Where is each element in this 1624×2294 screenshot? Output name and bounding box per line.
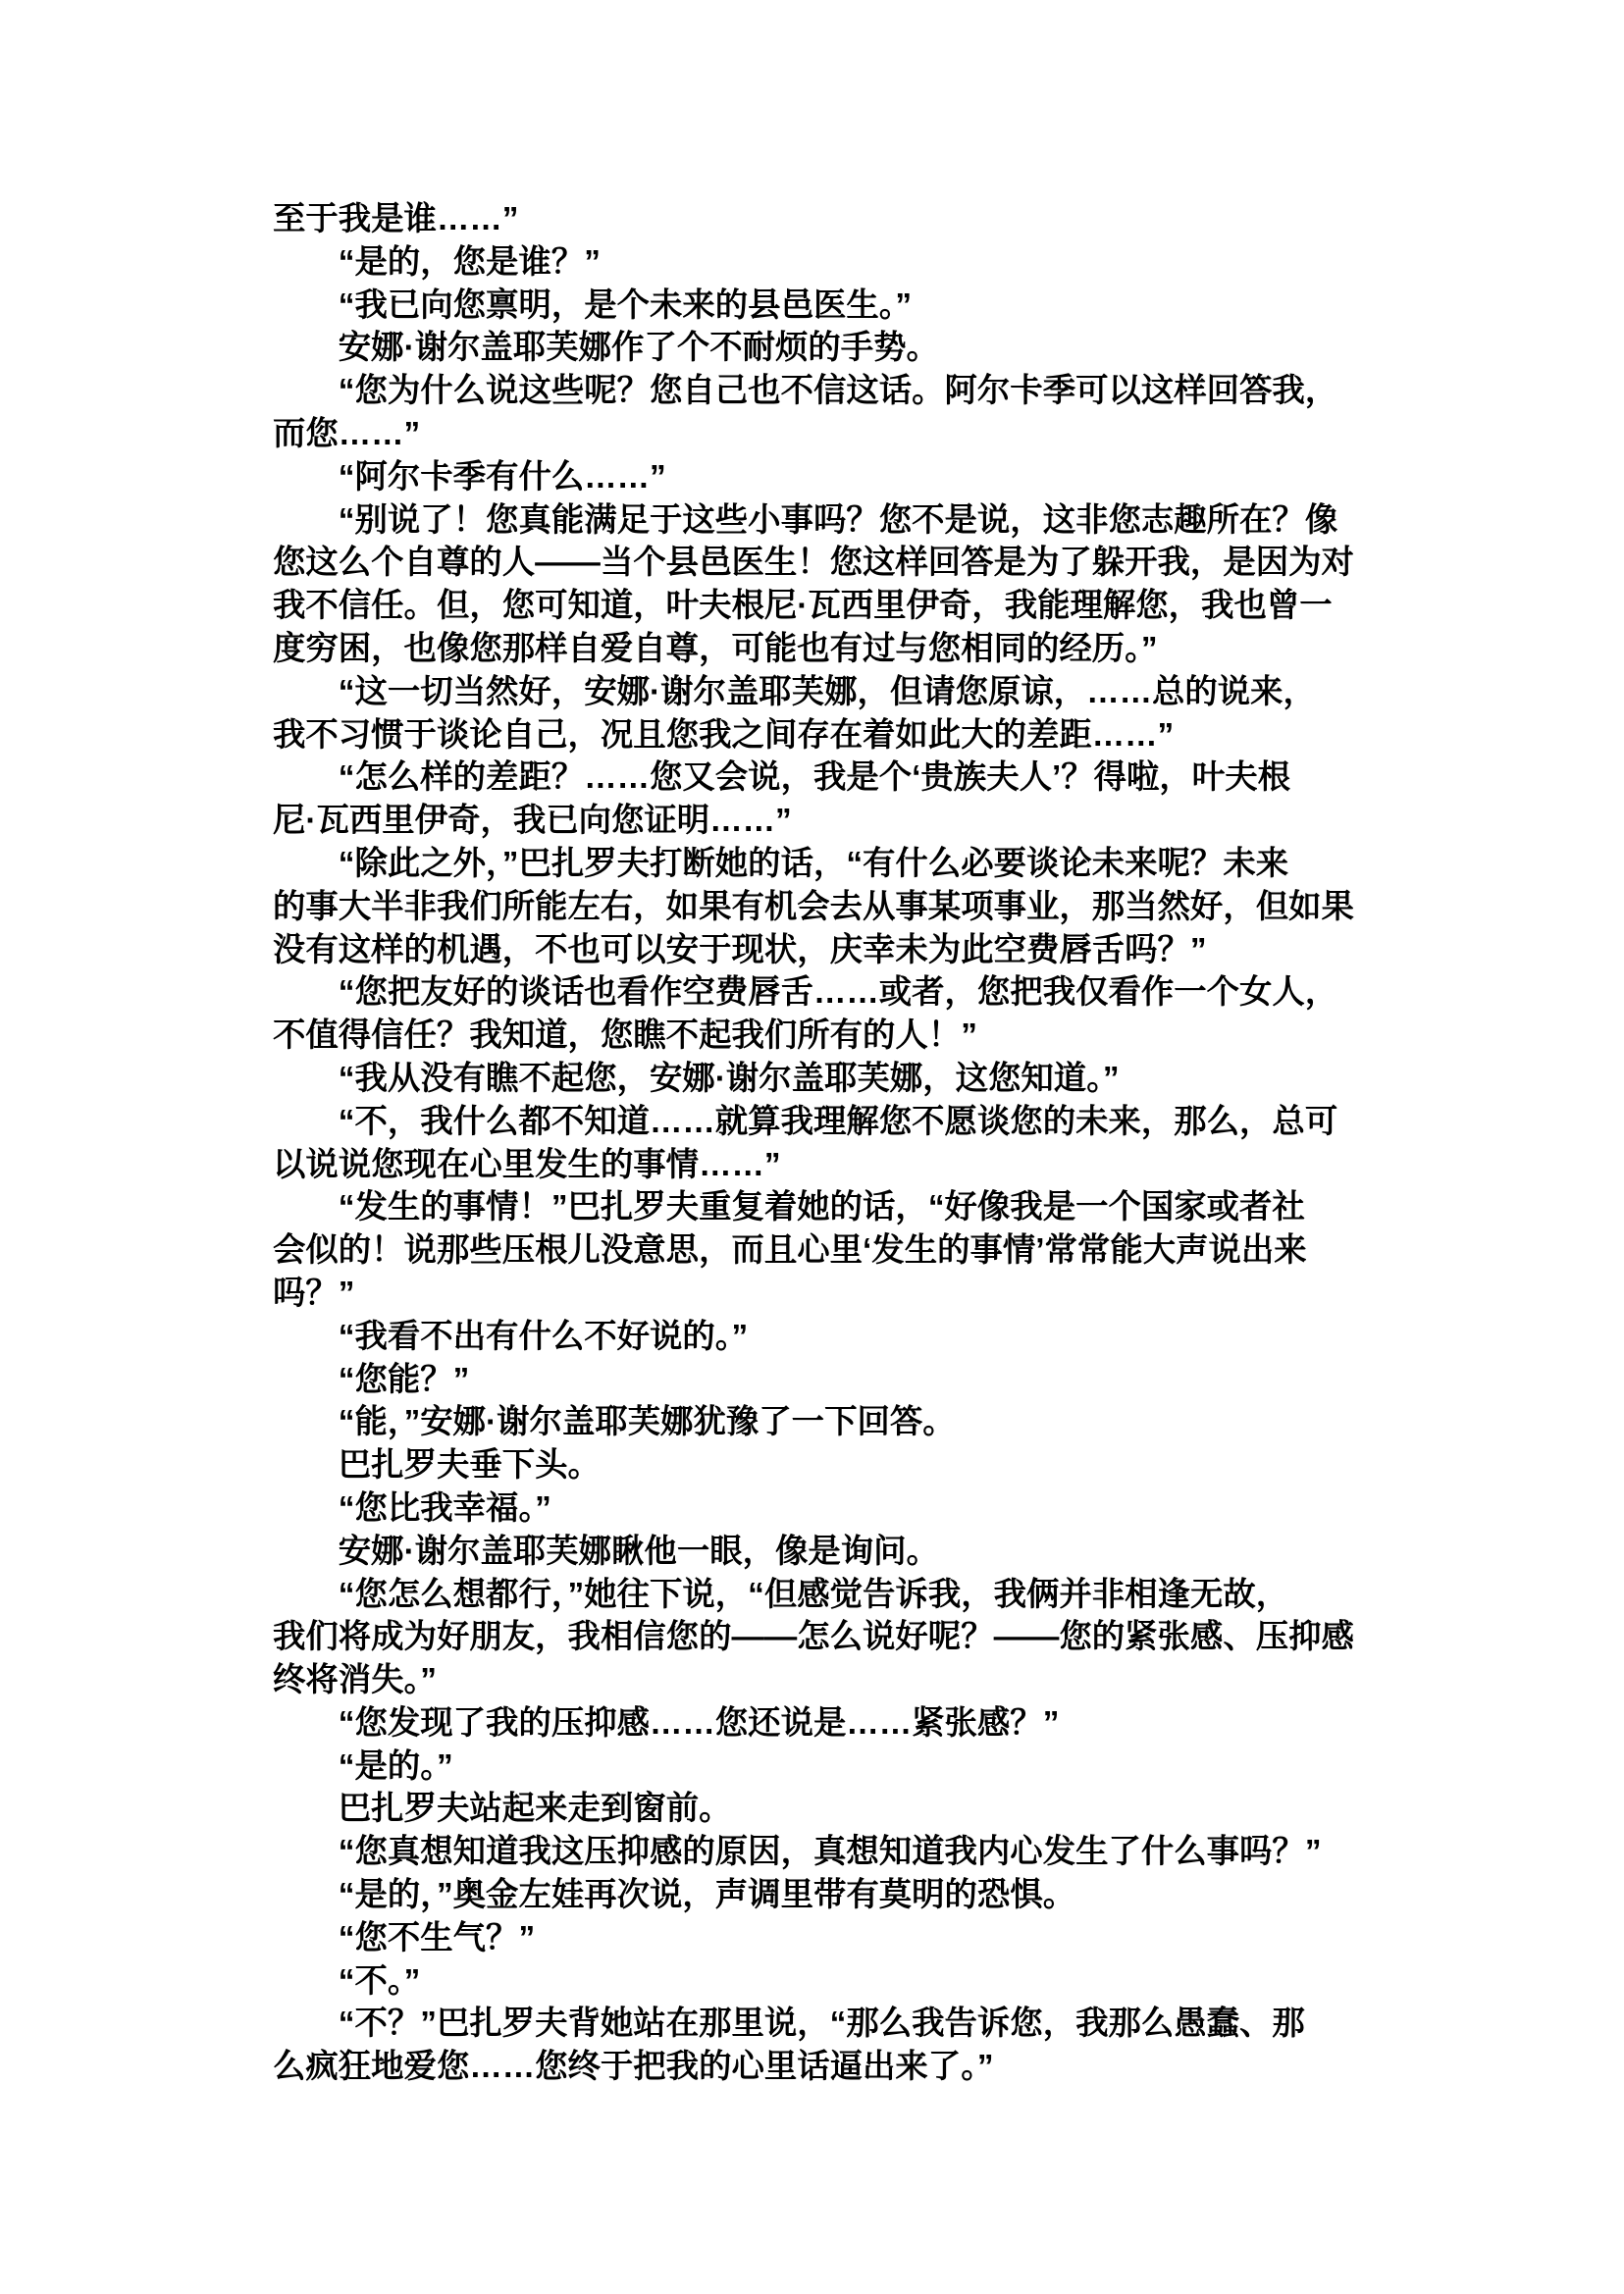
body-text: 至于我是谁……”“是的，您是谁？”“我已向您禀明，是个未来的县邑医生。”安娜·谢… <box>273 198 1356 2089</box>
text-line: “除此之外，”巴扎罗夫打断她的话，“有什么必要谈论未来呢？未来 <box>273 843 1356 886</box>
text-line: 尼·瓦西里伊奇，我已向您证明……” <box>273 800 1356 843</box>
text-line: “是的，”奥金左娃再次说，声调里带有莫明的恐惧。 <box>273 1874 1356 1917</box>
text-line: 度穷困，也像您那样自爱自尊，可能也有过与您相同的经历。” <box>273 628 1356 671</box>
text-line: 安娜·谢尔盖耶芙娜作了个不耐烦的手势。 <box>273 327 1356 370</box>
text-line: 巴扎罗夫垂下头。 <box>273 1444 1356 1487</box>
text-line: “这一切当然好，安娜·谢尔盖耶芙娜，但请您原谅，……总的说来， <box>273 671 1356 714</box>
text-line: 会似的！说那些压根儿没意思，而且心里‘发生的事情’常常能大声说出来 <box>273 1229 1356 1273</box>
text-line: “不？”巴扎罗夫背她站在那里说，“那么我告诉您，我那么愚蠢、那 <box>273 2003 1356 2046</box>
text-line: 终将消失。” <box>273 1659 1356 1702</box>
text-line: 我不信任。但，您可知道，叶夫根尼·瓦西里伊奇，我能理解您，我也曾一 <box>273 585 1356 628</box>
text-line: 的事大半非我们所能左右，如果有机会去从事某项事业，那当然好，但如果 <box>273 886 1356 929</box>
text-line: 吗？” <box>273 1273 1356 1316</box>
text-line: “能，”安娜·谢尔盖耶芙娜犹豫了一下回答。 <box>273 1401 1356 1444</box>
text-line: “您真想知道我这压抑感的原因，真想知道我内心发生了什么事吗？” <box>273 1831 1356 1874</box>
text-line: 您这么个自尊的人——当个县邑医生！您这样回答是为了躲开我，是因为对 <box>273 542 1356 585</box>
text-line: “阿尔卡季有什么……” <box>273 456 1356 499</box>
text-line: 没有这样的机遇，不也可以安于现状，庆幸未为此空费唇舌吗？” <box>273 929 1356 972</box>
text-line: 么疯狂地爱您……您终于把我的心里话逼出来了。” <box>273 2046 1356 2089</box>
text-line: “发生的事情！”巴扎罗夫重复着她的话，“好像我是一个国家或者社 <box>273 1186 1356 1229</box>
text-line: “您发现了我的压抑感……您还说是……紧张感？” <box>273 1702 1356 1746</box>
text-line: “我从没有瞧不起您，安娜·谢尔盖耶芙娜，这您知道。” <box>273 1058 1356 1101</box>
text-line: “您不生气？” <box>273 1917 1356 1960</box>
text-line: 巴扎罗夫站起来走到窗前。 <box>273 1788 1356 1831</box>
text-line: 而您……” <box>273 413 1356 456</box>
text-line: 我不习惯于谈论自己，况且您我之间存在着如此大的差距……” <box>273 714 1356 757</box>
text-line: 至于我是谁……” <box>273 198 1356 241</box>
text-line: 以说说您现在心里发生的事情……” <box>273 1144 1356 1187</box>
text-line: “是的，您是谁？” <box>273 241 1356 285</box>
text-line: 我们将成为好朋友，我相信您的——怎么说好呢？——您的紧张感、压抑感 <box>273 1616 1356 1659</box>
text-line: “我看不出有什么不好说的。” <box>273 1316 1356 1359</box>
text-line: “怎么样的差距？……您又会说，我是个‘贵族夫人’？得啦，叶夫根 <box>273 756 1356 800</box>
text-line: “您比我幸福。” <box>273 1487 1356 1531</box>
text-line: “别说了！您真能满足于这些小事吗？您不是说，这非您志趣所在？像 <box>273 499 1356 543</box>
text-line: “您把友好的谈话也看作空费唇舌……或者，您把我仅看作一个女人， <box>273 971 1356 1015</box>
text-line: “不。” <box>273 1960 1356 2004</box>
document-page: 至于我是谁……”“是的，您是谁？”“我已向您禀明，是个未来的县邑医生。”安娜·谢… <box>0 0 1624 2294</box>
text-line: “您怎么想都行，”她往下说，“但感觉告诉我，我俩并非相逢无故， <box>273 1574 1356 1617</box>
text-line: “我已向您禀明，是个未来的县邑医生。” <box>273 285 1356 328</box>
text-line: “不，我什么都不知道……就算我理解您不愿谈您的未来，那么，总可 <box>273 1101 1356 1144</box>
text-line: “您为什么说这些呢？您自己也不信这话。阿尔卡季可以这样回答我， <box>273 370 1356 413</box>
text-line: 不值得信任？我知道，您瞧不起我们所有的人！” <box>273 1015 1356 1058</box>
text-line: “是的。” <box>273 1746 1356 1789</box>
text-line: “您能？” <box>273 1359 1356 1402</box>
text-line: 安娜·谢尔盖耶芙娜瞅他一眼，像是询问。 <box>273 1531 1356 1574</box>
